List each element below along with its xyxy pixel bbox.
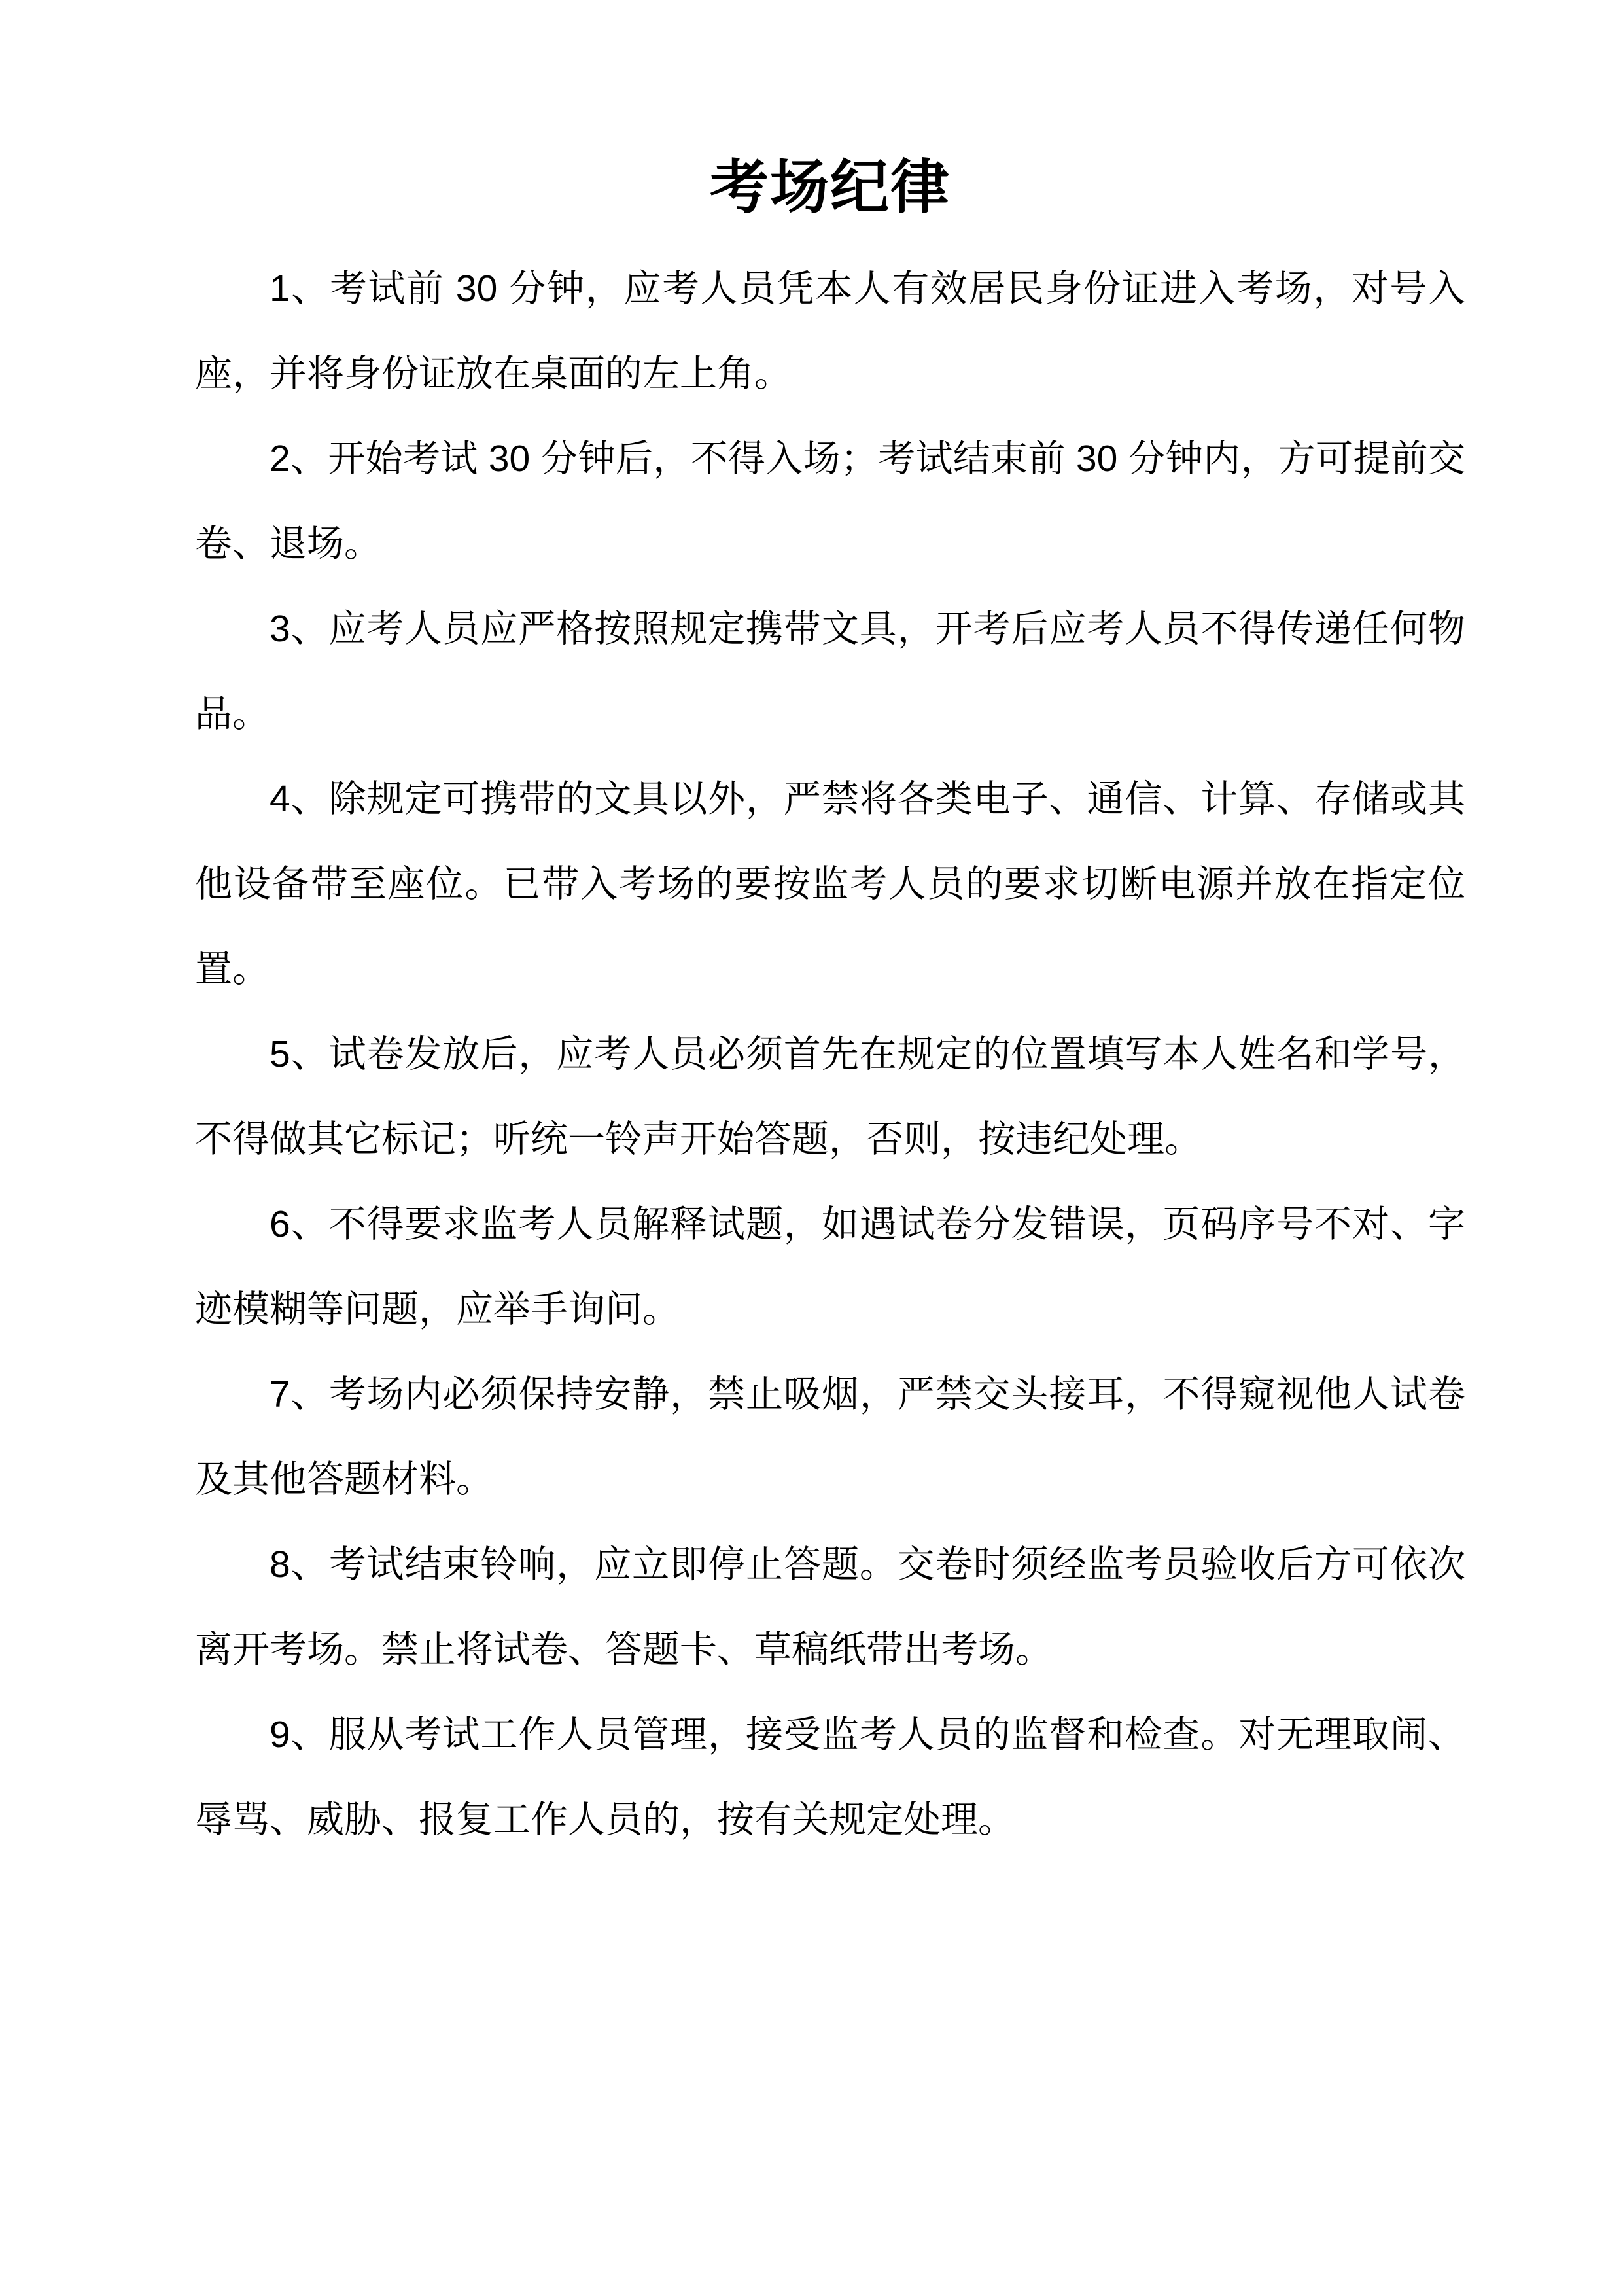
document-title: 考场纪律 [195,145,1465,230]
rule-1: 1、考试前 30 分钟，应考人员凭本人有效居民身份证进入考场，对号入 座，并将身… [195,246,1465,416]
document-content: 考场纪律 1、考试前 30 分钟，应考人员凭本人有效居民身份证进入考场，对号入 … [195,145,1465,1862]
rule-5-line-1: 5、试卷发放后，应考人员必须首先在规定的位置填写本人姓名和学号， [195,1012,1465,1097]
rule-7: 7、考场内必须保持安静，禁止吸烟，严禁交头接耳，不得窥视他人试卷 及其他答题材料… [195,1352,1465,1522]
rule-2-line-1: 2、开始考试 30 分钟后，不得入场；考试结束前 30 分钟内，方可提前交 [195,416,1465,501]
document-page: 考场纪律 1、考试前 30 分钟，应考人员凭本人有效居民身份证进入考场，对号入 … [0,0,1623,2296]
rule-1-line-2: 座，并将身份证放在桌面的左上角。 [195,331,1465,416]
rule-7-line-2: 及其他答题材料。 [195,1437,1465,1522]
rule-3: 3、应考人员应严格按照规定携带文具，开考后应考人员不得传递任何物 品。 [195,586,1465,756]
rule-5-line-2: 不得做其它标记；听统一铃声开始答题，否则，按违纪处理。 [195,1097,1465,1182]
rule-2: 2、开始考试 30 分钟后，不得入场；考试结束前 30 分钟内，方可提前交 卷、… [195,416,1465,586]
rule-8-line-2: 离开考场。禁止将试卷、答题卡、草稿纸带出考场。 [195,1607,1465,1692]
rule-4-line-3: 置。 [195,927,1465,1012]
rule-5: 5、试卷发放后，应考人员必须首先在规定的位置填写本人姓名和学号， 不得做其它标记… [195,1012,1465,1182]
rule-3-line-1: 3、应考人员应严格按照规定携带文具，开考后应考人员不得传递任何物 [195,586,1465,671]
rule-8-line-1: 8、考试结束铃响，应立即停止答题。交卷时须经监考员验收后方可依次 [195,1522,1465,1607]
rule-8: 8、考试结束铃响，应立即停止答题。交卷时须经监考员验收后方可依次 离开考场。禁止… [195,1522,1465,1692]
rule-2-line-2: 卷、退场。 [195,501,1465,586]
rule-6-line-2: 迹模糊等问题，应举手询问。 [195,1267,1465,1352]
rule-4-line-2: 他设备带至座位。已带入考场的要按监考人员的要求切断电源并放在指定位 [195,841,1465,927]
rule-6-line-1: 6、不得要求监考人员解释试题，如遇试卷分发错误，页码序号不对、字 [195,1182,1465,1267]
rule-7-line-1: 7、考场内必须保持安静，禁止吸烟，严禁交头接耳，不得窥视他人试卷 [195,1352,1465,1437]
rule-9-line-1: 9、服从考试工作人员管理，接受监考人员的监督和检查。对无理取闹、 [195,1692,1465,1777]
rule-3-line-2: 品。 [195,671,1465,756]
rule-6: 6、不得要求监考人员解释试题，如遇试卷分发错误，页码序号不对、字 迹模糊等问题，… [195,1182,1465,1352]
rule-9-line-2: 辱骂、威胁、报复工作人员的，按有关规定处理。 [195,1777,1465,1862]
rule-4-line-1: 4、除规定可携带的文具以外，严禁将各类电子、通信、计算、存储或其 [195,756,1465,841]
rule-1-line-1: 1、考试前 30 分钟，应考人员凭本人有效居民身份证进入考场，对号入 [195,246,1465,331]
rule-4: 4、除规定可携带的文具以外，严禁将各类电子、通信、计算、存储或其 他设备带至座位… [195,756,1465,1012]
rule-9: 9、服从考试工作人员管理，接受监考人员的监督和检查。对无理取闹、 辱骂、威胁、报… [195,1692,1465,1862]
